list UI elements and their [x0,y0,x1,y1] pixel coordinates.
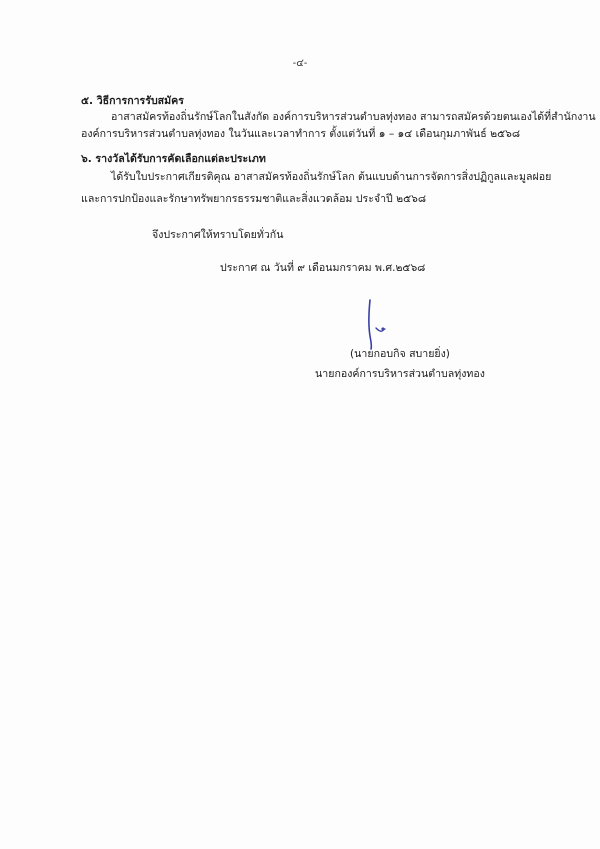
section-6-heading: ๖. รางวัลได้รับการคัดเลือกแต่ละประเภท [81,152,266,166]
section-5-line-1: อาสาสมัครท้องถิ่นรักษ์โลกในสังกัด องค์กา… [111,110,596,124]
signatory-name: (นายกอบกิจ สบายยิ่ง) [300,347,500,361]
signature-icon [355,298,395,350]
section-5-line-2: องค์การบริหารส่วนตำบลทุ่งทอง ในวันและเวล… [81,127,520,141]
section-6-line-1: ได้รับใบประกาศเกียรติคุณ อาสาสมัครท้องถิ… [111,170,551,184]
document-page: -๔- ๕. วิธีการการรับสมัคร อาสาสมัครท้องถ… [0,0,600,849]
section-5-heading: ๕. วิธีการการรับสมัคร [81,94,184,108]
closing-statement: จึงประกาศให้ทราบโดยทั่วกัน [152,228,283,242]
signatory-position: นายกองค์การบริหารส่วนตำบลทุ่งทอง [290,367,510,381]
page-number: -๔- [0,57,600,71]
announcement-date: ประกาศ ณ วันที่ ๙ เดือนมกราคม พ.ศ.๒๕๖๘ [220,261,425,275]
section-6-line-2: และการปกป้องและรักษาทรัพยากรธรรมชาติและส… [81,192,426,206]
